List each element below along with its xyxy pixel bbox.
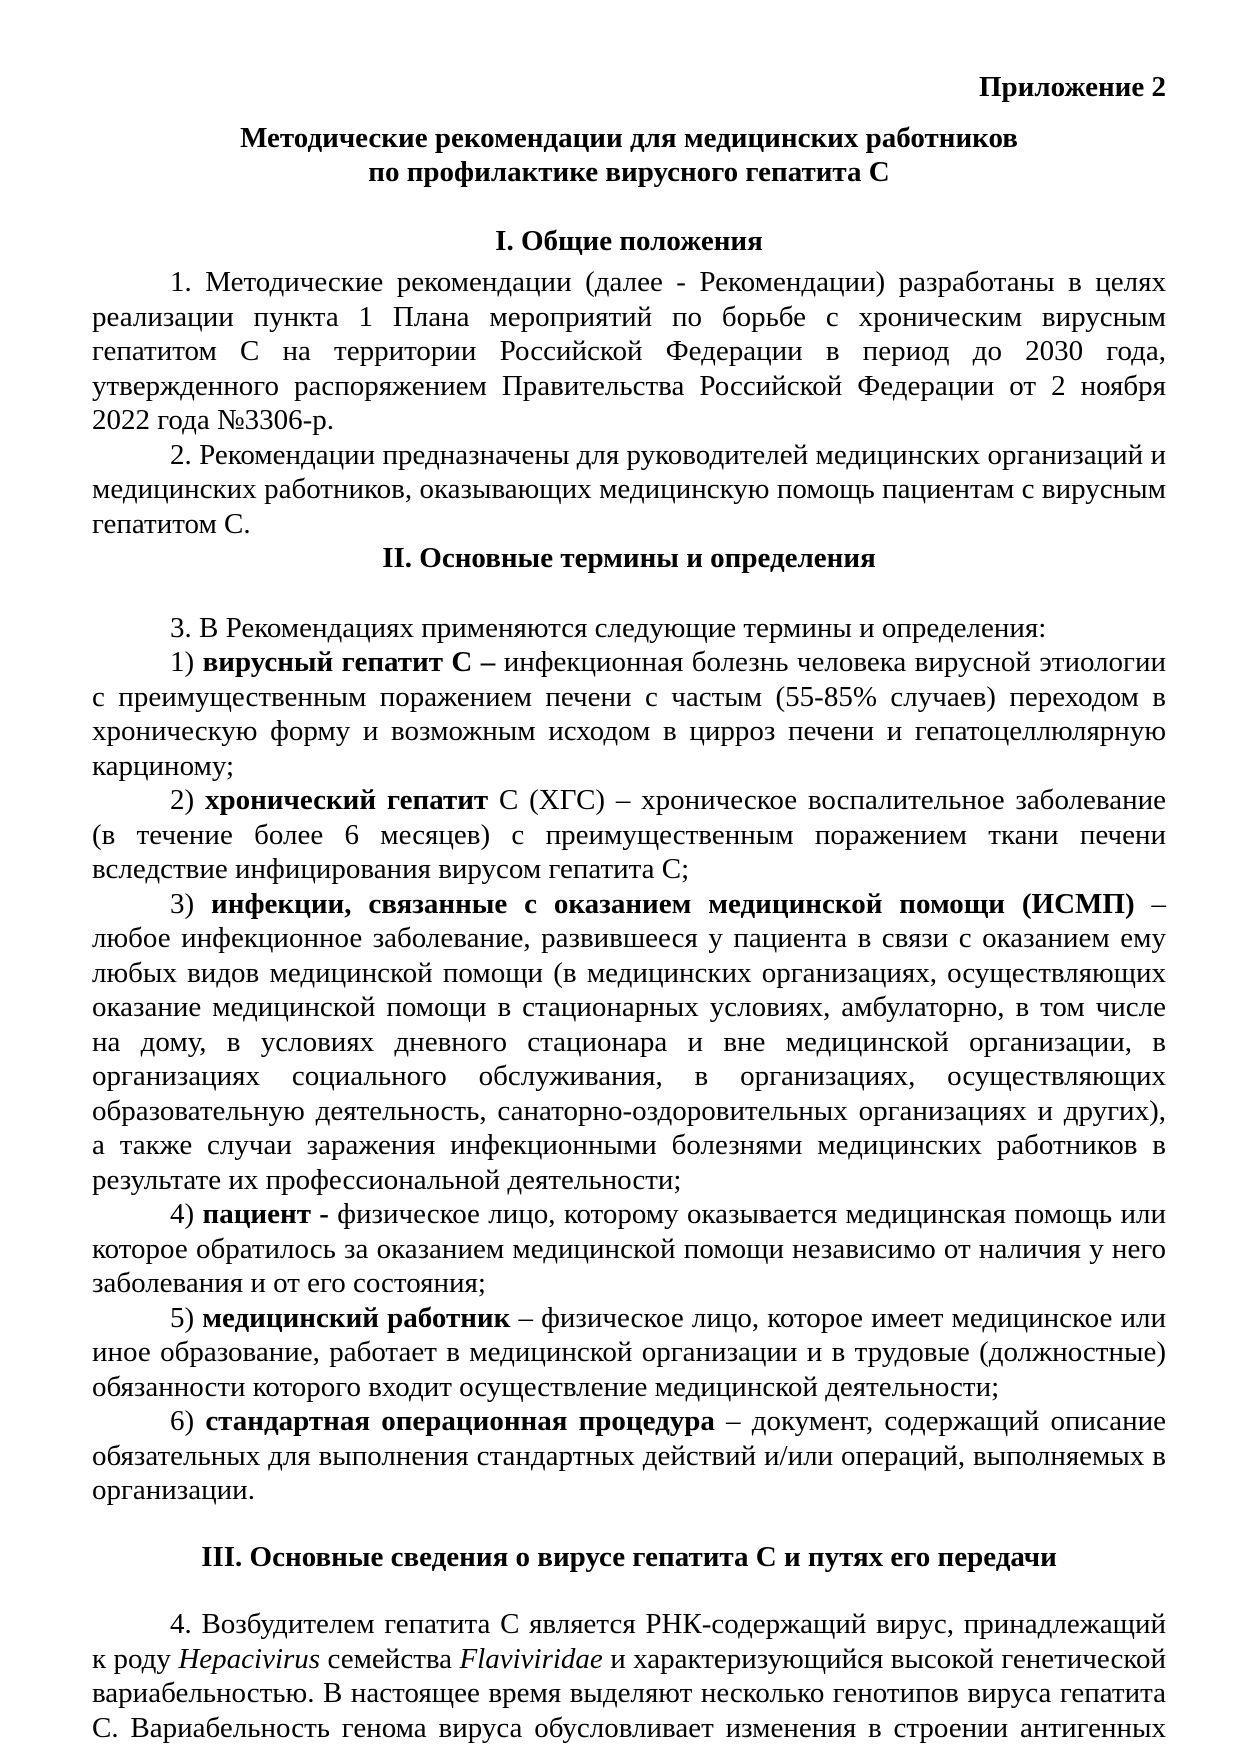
section-heading-terms-definitions: II. Основные термины и определения: [92, 541, 1166, 576]
document-page: Приложение 2 Методические рекомендации д…: [0, 0, 1240, 1754]
term-name-3: инфекции, связанные с оказанием медицинс…: [211, 888, 1135, 920]
term-definition-3: – любое инфекционное заболевание, развив…: [92, 888, 1166, 1196]
term-item-1: 1) вирусный гепатит С – инфекционная бол…: [92, 645, 1166, 783]
virus-genus-italic: Hepacivirus: [178, 1643, 320, 1675]
virus-text-part-2: семейства: [320, 1643, 459, 1675]
term-name-6: стандартная операционная процедура: [205, 1405, 715, 1437]
term-item-2: 2) хронический гепатит С (ХГС) – хрониче…: [92, 783, 1166, 887]
term-item-5: 5) медицинский работник – физическое лиц…: [92, 1301, 1166, 1405]
paragraph-general-1: 1. Методические рекомендации (далее - Ре…: [92, 265, 1166, 438]
paragraph-terms-intro: 3. В Рекомендациях применяются следующие…: [92, 611, 1166, 646]
term-item-3: 3) инфекции, связанные с оказанием медиц…: [92, 887, 1166, 1198]
section-heading-virus-info: III. Основные сведения о вирусе гепатита…: [92, 1540, 1166, 1575]
document-title-line-1: Методические рекомендации для медицински…: [92, 121, 1166, 156]
term-item-4: 4) пациент - физическое лицо, которому о…: [92, 1197, 1166, 1301]
paragraph-virus-info: 4. Возбудителем гепатита С является РНК-…: [92, 1607, 1166, 1745]
term-name-5: медицинский работник: [202, 1302, 510, 1334]
term-number-6: 6): [170, 1405, 205, 1437]
term-item-6: 6) стандартная операционная процедура – …: [92, 1404, 1166, 1508]
term-number-4: 4): [170, 1198, 202, 1230]
document-title: Методические рекомендации для медицински…: [92, 121, 1166, 190]
section-heading-general-provisions: I. Общие положения: [92, 224, 1166, 259]
term-number-1: 1): [170, 646, 203, 678]
term-name-4: пациент -: [202, 1198, 328, 1230]
term-number-3: 3): [170, 888, 211, 920]
term-number-5: 5): [170, 1302, 202, 1334]
appendix-label: Приложение 2: [92, 70, 1166, 105]
term-name-2: хронический гепатит: [205, 784, 488, 816]
paragraph-general-2: 2. Рекомендации предназначены для руково…: [92, 438, 1166, 542]
document-title-line-2: по профилактике вирусного гепатита С: [92, 155, 1166, 190]
virus-family-italic: Flaviviridae: [459, 1643, 602, 1675]
term-number-2: 2): [170, 784, 205, 816]
term-name-1: вирусный гепатит С –: [203, 646, 496, 678]
